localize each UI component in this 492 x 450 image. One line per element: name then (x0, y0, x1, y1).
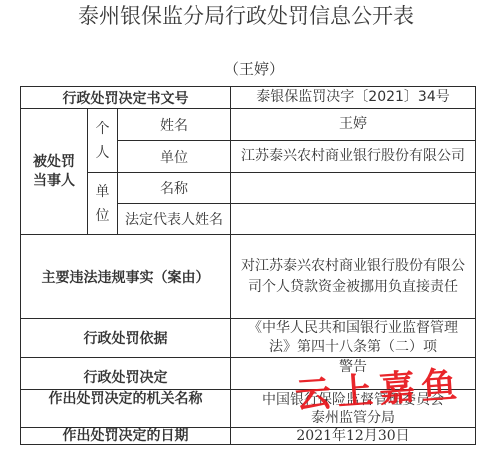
individual-unit-value: 江苏泰兴农村商业银行股份有限公司 (231, 141, 476, 173)
individual-label-char: 人 (88, 141, 117, 165)
individual-name-label: 姓名 (118, 109, 231, 141)
party-label-line1: 被处罚 (21, 153, 87, 172)
facts-value-line: 司个人贷款资金被挪用负直接责任 (231, 277, 475, 298)
watermark-char: 云 (294, 373, 339, 416)
basis-value: 《中华人民共和国银行业监督管理 法》第四十八条第（二）项 (231, 319, 476, 358)
individual-name-value: 王婷 (231, 109, 476, 141)
decision-label: 行政处罚决定 (21, 358, 231, 390)
party-label: 被处罚 当事人 (21, 109, 88, 235)
date-label: 作出处罚决定的日期 (21, 428, 231, 445)
individual-label: 个 人 (88, 109, 118, 173)
facts-label: 主要违法违规事实（案由） (21, 235, 231, 319)
legal-rep-label: 法定代表人姓名 (118, 204, 231, 235)
legal-rep-value (231, 204, 476, 235)
organization-label-char: 位 (88, 204, 117, 228)
basis-label: 行政处罚依据 (21, 319, 231, 358)
authority-label: 作出处罚决定的机关名称 (21, 390, 231, 428)
individual-unit-label: 单位 (118, 141, 231, 173)
date-value: 2021年12月30日 (231, 428, 476, 445)
basis-value-line: 法》第四十八条第（二）项 (231, 338, 475, 357)
decision-number-label: 行政处罚决定书文号 (21, 87, 231, 109)
page-subtitle: （王婷） (0, 59, 492, 79)
facts-value: 对江苏泰兴农村商业银行股份有限公 司个人贷款资金被挪用负直接责任 (231, 235, 476, 319)
organization-label-char: 单 (88, 180, 117, 204)
organization-name-value (231, 173, 476, 204)
table-row-date: 作出处罚决定的日期 2021年12月30日 (21, 428, 476, 445)
facts-value-line: 对江苏泰兴农村商业银行股份有限公 (231, 256, 475, 277)
table-row-basis: 行政处罚依据 《中华人民共和国银行业监督管理 法》第四十八条第（二）项 (21, 319, 476, 358)
table-row-facts: 主要违法违规事实（案由） 对江苏泰兴农村商业银行股份有限公 司个人贷款资金被挪用… (21, 235, 476, 319)
page-title: 泰州银保监分局行政处罚信息公开表 (0, 3, 492, 29)
table-row-individual-name: 被处罚 当事人 个 人 姓名 王婷 (21, 109, 476, 141)
organization-name-label: 名称 (118, 173, 231, 204)
individual-label-char: 个 (88, 117, 117, 141)
decision-number-value: 泰银保监罚决字〔2021〕34号 (231, 87, 476, 109)
table-row-decision-number: 行政处罚决定书文号 泰银保监罚决字〔2021〕34号 (21, 87, 476, 109)
basis-value-line: 《中华人民共和国银行业监督管理 (231, 319, 475, 338)
watermark-char: 上 (336, 370, 381, 413)
table-row-organization-name: 单 位 名称 (21, 173, 476, 204)
organization-label: 单 位 (88, 173, 118, 235)
watermark-char: 鱼 (420, 364, 465, 407)
watermark-char: 嘉 (378, 367, 423, 410)
party-label-line2: 当事人 (21, 172, 87, 191)
